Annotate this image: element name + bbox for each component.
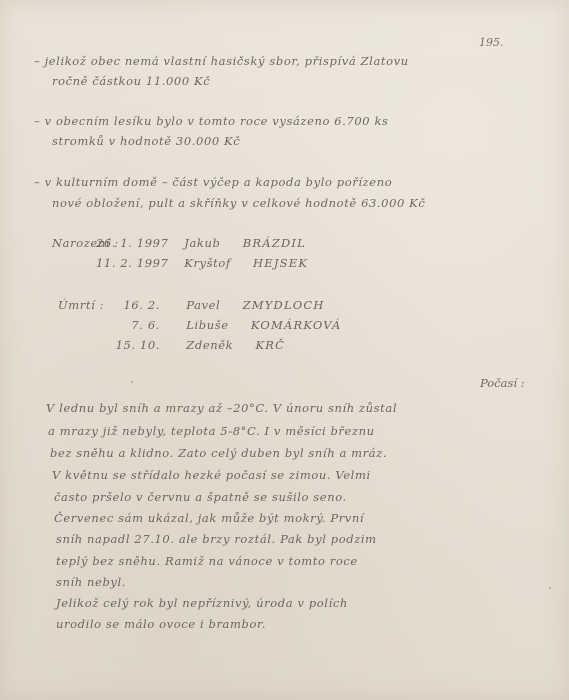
- death-surname: Zmydloch: [243, 298, 325, 312]
- death-entry: 16. 2. Pavel Zmydloch: [98, 298, 325, 312]
- birth-first-name: Jakub: [184, 236, 220, 250]
- chronicle-page: 195. – jelikož obec nemá vlastní hasičsk…: [0, 0, 569, 700]
- death-first-name: Pavel: [186, 298, 220, 312]
- death-entry: 7. 6. Libuše Komárková: [98, 318, 342, 332]
- weather-heading: Počasí :: [480, 376, 525, 390]
- note-3-line-1: – v kulturním domě – část výčep a kapoda…: [34, 175, 392, 189]
- birth-entry: 11. 2. 1997 Kryštof Hejsek: [96, 256, 308, 270]
- weather-line: a mrazy již nebyly, teplota 5-8°C. I v m…: [48, 424, 375, 438]
- weather-line: Červenec sám ukázal, jak může být mokrý.…: [54, 511, 364, 525]
- birth-date: 26. 1. 1997: [96, 236, 158, 250]
- paper-speck: [131, 381, 133, 383]
- death-date: 15. 10.: [98, 338, 160, 352]
- death-surname: Krč: [255, 338, 285, 352]
- weather-line: V květnu se střídalo hezké počasí se zim…: [52, 468, 371, 482]
- death-first-name: Zdeněk: [186, 338, 233, 352]
- weather-line: sníh nebyl.: [56, 575, 126, 589]
- birth-first-name: Kryštof: [184, 256, 231, 270]
- paper-speck: [549, 587, 551, 589]
- death-date: 7. 6.: [98, 318, 160, 332]
- weather-line: urodilo se málo ovoce i brambor.: [56, 617, 266, 631]
- note-1-line-1: – jelikož obec nemá vlastní hasičský sbo…: [34, 54, 409, 68]
- birth-surname: Hejsek: [253, 256, 308, 270]
- note-2-line-1: – v obecním lesíku bylo v tomto roce vys…: [34, 114, 389, 128]
- birth-entry: 26. 1. 1997 Jakub Brázdil: [96, 236, 306, 250]
- death-date: 16. 2.: [98, 298, 160, 312]
- note-2-line-2: stromků v hodnotě 30.000 Kč: [52, 134, 240, 148]
- death-entry: 15. 10. Zdeněk Krč: [98, 338, 285, 352]
- death-first-name: Libuše: [186, 318, 228, 332]
- weather-line: bez sněhu a klidno. Zato celý duben byl …: [50, 446, 387, 460]
- weather-line: často pršelo v červnu a špatně se sušilo…: [54, 490, 347, 504]
- weather-line: teplý bez sněhu. Ramiž na vánoce v tomto…: [56, 554, 358, 568]
- note-1-line-2: ročně částkou 11.000 Kč: [52, 74, 210, 88]
- weather-line: sníh napadl 27.10. ale brzy roztál. Pak …: [56, 532, 377, 546]
- note-3-line-2: nové obložení, pult a skříňky v celkové …: [52, 196, 425, 210]
- birth-surname: Brázdil: [243, 236, 306, 250]
- death-surname: Komárková: [251, 318, 342, 332]
- weather-line: V lednu byl sníh a mrazy až –20°C. V úno…: [46, 401, 397, 415]
- weather-line: Jelikož celý rok byl nepříznivý, úroda v…: [56, 596, 348, 610]
- birth-date: 11. 2. 1997: [96, 256, 158, 270]
- page-number: 195.: [479, 36, 504, 49]
